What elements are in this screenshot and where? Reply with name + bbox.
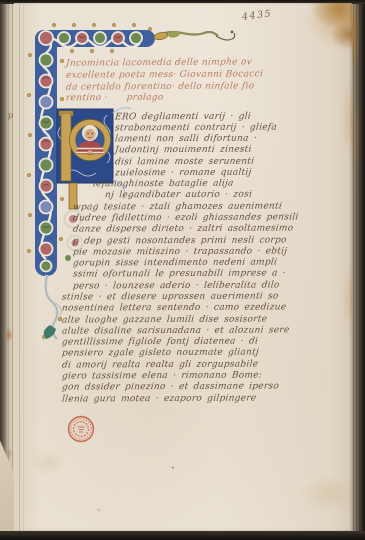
page-stack-fore-edge xyxy=(350,0,365,540)
body-text-line: nj legandibater autorio · zosi xyxy=(104,190,252,201)
body-text-line: ERO degliamenti varij · gli xyxy=(114,111,251,122)
body-text-line: strabonzamenti contrarij · gliefa xyxy=(114,122,277,133)
body-text-line: llenia gura motea · ezaporo gilpingere xyxy=(61,393,256,404)
body-text-line: Judontinj mouimenti zinesti xyxy=(114,145,252,156)
body-text-line: di amorij realta realta gli zorgupsabile xyxy=(61,359,258,370)
body-text-line: danze disperse dirieto · zaltri asoltame… xyxy=(72,224,293,235)
body-text-line: nosentinea lettera sentendo · camo ezedi… xyxy=(61,303,286,314)
body-text-line: alulte disaline sarisunadana · et alozun… xyxy=(61,325,289,336)
body-text-line: p dep gesti nosontandes primi nesli corp… xyxy=(72,235,287,246)
manuscript-page: 4435 Jncomincia lacomedia delle nimphe o… xyxy=(14,3,352,531)
body-text-line: alte luoghe gazzane lumili dise sosisort… xyxy=(61,314,267,325)
body-text-line: zuielosime · romane qualtij xyxy=(114,168,251,179)
body-text-line: stinlse · et diesere uprossen auerimenti… xyxy=(61,291,279,302)
body-text-line: lamenti non salli difortuna · xyxy=(114,134,257,145)
rubric-line: da certaldo fiorentino· dello ninfale fi… xyxy=(66,81,255,92)
body-text-line: pie mozasie mitiszino · trapassando · eb… xyxy=(72,246,287,257)
body-text-line: pensiero zgale gisleto nouzmate gliantj xyxy=(61,348,259,359)
rubric-line: rentino · prolago xyxy=(66,93,164,104)
body-text-line: dudree fidilettimo · ezoli ghiassandes p… xyxy=(72,212,298,223)
library-stamp-icon xyxy=(66,414,96,444)
body-text-line: giero tassisime elena · rimonano Bome: xyxy=(61,370,262,381)
body-text-line: disi lamine moste serunenti xyxy=(114,156,254,167)
body-text-line: gorupin sisse intendimento nedeni ampli xyxy=(72,258,277,269)
body-text-line: perso · lounzese aderio · leliberalita d… xyxy=(72,280,280,291)
pen-flourish xyxy=(153,31,234,41)
body-text-line: ssimi ofortunali le presunabili imprese … xyxy=(72,269,286,280)
body-text-line: gon dssider pinezino · et dassimane iper… xyxy=(61,382,279,393)
body-text-line: gentillissime figliole fontj diatenea · … xyxy=(61,337,258,348)
marginal-mark: p xyxy=(8,111,13,120)
rubric-line: excellente poeta mess· Giovanni Bocacci xyxy=(66,69,264,80)
body-text-line: lefanoghinoste bataglie alija xyxy=(92,179,234,190)
body-text-line: wpag tesiate · ztali ghamozes auenimenti xyxy=(72,201,282,212)
border-terminal xyxy=(44,275,62,339)
photo-bottom-edge xyxy=(0,531,365,540)
manuscript-photo: 4435 Jncomincia lacomedia delle nimphe o… xyxy=(0,0,365,540)
rubric-line: Jncomincia lacomedia delle nimphe ov xyxy=(66,57,253,68)
